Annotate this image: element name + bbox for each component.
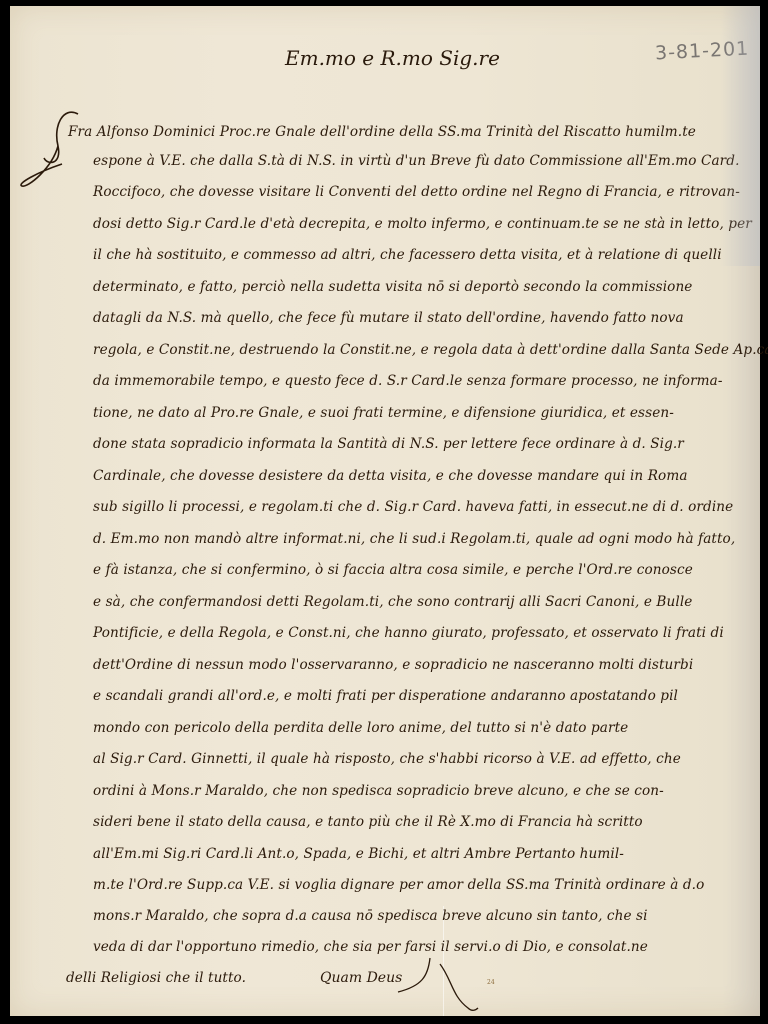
letter-line: mondo con pericolo della perdita delle l… — [93, 720, 628, 736]
letter-line: al Sig.r Card. Ginnetti, il quale hà ris… — [93, 751, 681, 767]
letter-line: mons.r Maraldo, che sopra d.a causa nō s… — [93, 908, 648, 924]
letter-line: datagli da N.S. mà quello, che fece fù m… — [93, 310, 684, 326]
letter-line: da immemorabile tempo, e questo fece d. … — [93, 373, 723, 389]
letter-line: delli Religiosi che il tutto. — [66, 970, 246, 986]
letter-line: Cardinale, che dovesse desistere da dett… — [93, 468, 688, 484]
letter-line: done stata sopradicio informata la Santi… — [93, 436, 684, 452]
letter-line: sideri bene il stato della causa, e tant… — [93, 814, 643, 830]
letter-line: e scandali grandi all'ord.e, e molti fra… — [93, 688, 678, 704]
letter-line: veda di dar l'opportuno rimedio, che sia… — [93, 939, 648, 955]
letter-line: d. Em.mo non mandò altre informat.ni, ch… — [93, 531, 735, 547]
closing-flourish-icon — [390, 956, 480, 1016]
letter-line: dett'Ordine di nessun modo l'osservarann… — [93, 657, 693, 673]
letter-line: Pontificie, e della Regola, e Const.ni, … — [93, 625, 724, 641]
letter-line: e sà, che confermandosi detti Regolam.ti… — [93, 594, 692, 610]
letter-line: il che hà sostituito, e commesso ad altr… — [93, 247, 722, 263]
letter-line: Fra Alfonso Dominici Proc.re Gnale dell'… — [68, 124, 696, 140]
folio-mark: 24 — [487, 979, 495, 986]
letter-line: espone à V.E. che dalla S.tà di N.S. in … — [93, 153, 740, 169]
letter-line: tione, ne dato al Pro.re Gnale, e suoi f… — [93, 405, 674, 421]
letter-line: ordini à Mons.r Maraldo, che non spedisc… — [93, 783, 664, 799]
manuscript-page: 3-81-201 Em.mo e R.mo Sig.re Fra Alfonso… — [10, 6, 760, 1016]
letter-line: determinato, e fatto, perciò nella sudet… — [93, 279, 692, 295]
letter-line: e fà istanza, che si confermino, ò si fa… — [93, 562, 693, 578]
letter-line: all'Em.mi Sig.ri Card.li Ant.o, Spada, e… — [93, 846, 624, 862]
letter-line: m.te l'Ord.re Supp.ca V.E. si voglia dig… — [93, 877, 704, 893]
letter-line: regola, e Constit.ne, destruendo la Cons… — [93, 342, 768, 358]
letter-body: Fra Alfonso Dominici Proc.re Gnale dell'… — [10, 6, 760, 1016]
letter-line: dosi detto Sig.r Card.le d'età decrepita… — [93, 216, 752, 232]
letter-line: Roccifoco, che dovesse visitare li Conve… — [93, 184, 740, 200]
letter-line: sub sigillo li processi, e regolam.ti ch… — [93, 499, 733, 515]
